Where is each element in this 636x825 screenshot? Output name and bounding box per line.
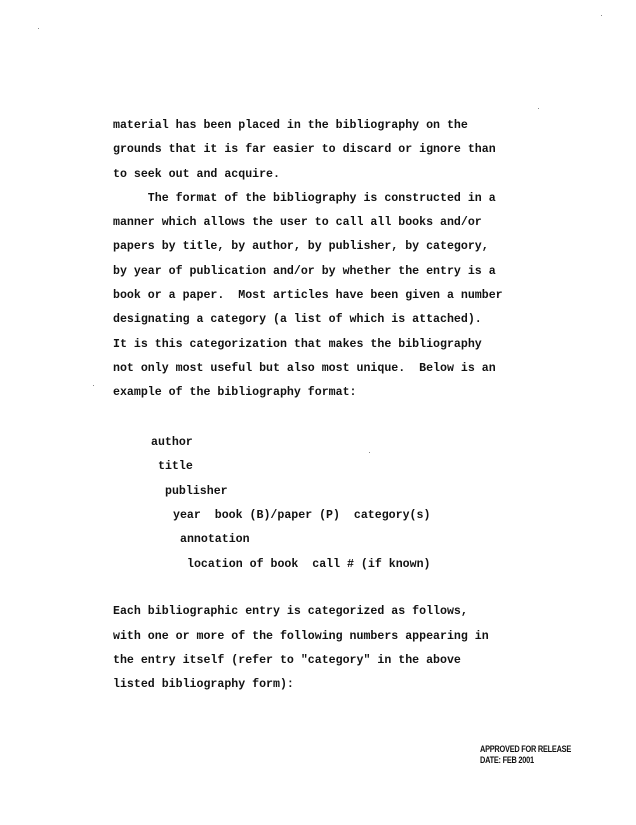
paragraph2-line: book or a paper. Most articles have been… (113, 289, 503, 303)
paragraph1-line: to seek out and acquire. (113, 168, 280, 182)
paragraph1-line: grounds that it is far easier to discard… (113, 143, 496, 157)
paragraph2-line: The format of the bibliography is constr… (113, 192, 496, 206)
format-annotation: annotation (180, 533, 250, 547)
format-year-type-category: year book (B)/paper (P) category(s) (173, 509, 430, 523)
paragraph2-line: papers by title, by author, by publisher… (113, 240, 489, 254)
release-stamp-line1: APPROVED FOR RELEASE (480, 744, 571, 755)
paragraph2-line: It is this categorization that makes the… (113, 338, 482, 352)
paragraph2-line: designating a category (a list of which … (113, 313, 482, 327)
paragraph2-line: not only most useful but also most uniqu… (113, 362, 496, 376)
release-stamp-date: DATE: FEB 2001 (480, 755, 534, 766)
paragraph3-line: Each bibliographic entry is categorized … (113, 605, 468, 619)
format-publisher: publisher (165, 485, 228, 499)
paragraph2-line: example of the bibliography format: (113, 386, 357, 400)
document-page: material has been placed in the bibliogr… (0, 0, 636, 825)
format-location: location of book call # (if known) (187, 558, 431, 572)
paragraph3-line: the entry itself (refer to "category" in… (113, 654, 461, 668)
paragraph2-line: by year of publication and/or by whether… (113, 265, 496, 279)
paragraph3-line: listed bibliography form): (113, 678, 294, 692)
paragraph1-line: material has been placed in the bibliogr… (113, 119, 468, 133)
scan-speck (369, 452, 370, 453)
paragraph2-line: manner which allows the user to call all… (113, 216, 482, 230)
format-title: title (158, 460, 193, 474)
scan-speck (93, 385, 94, 386)
format-author: author (151, 436, 193, 450)
scan-speck (538, 108, 539, 109)
scan-speck (38, 28, 39, 29)
paragraph3-line: with one or more of the following number… (113, 630, 489, 644)
scan-speck (601, 15, 602, 16)
